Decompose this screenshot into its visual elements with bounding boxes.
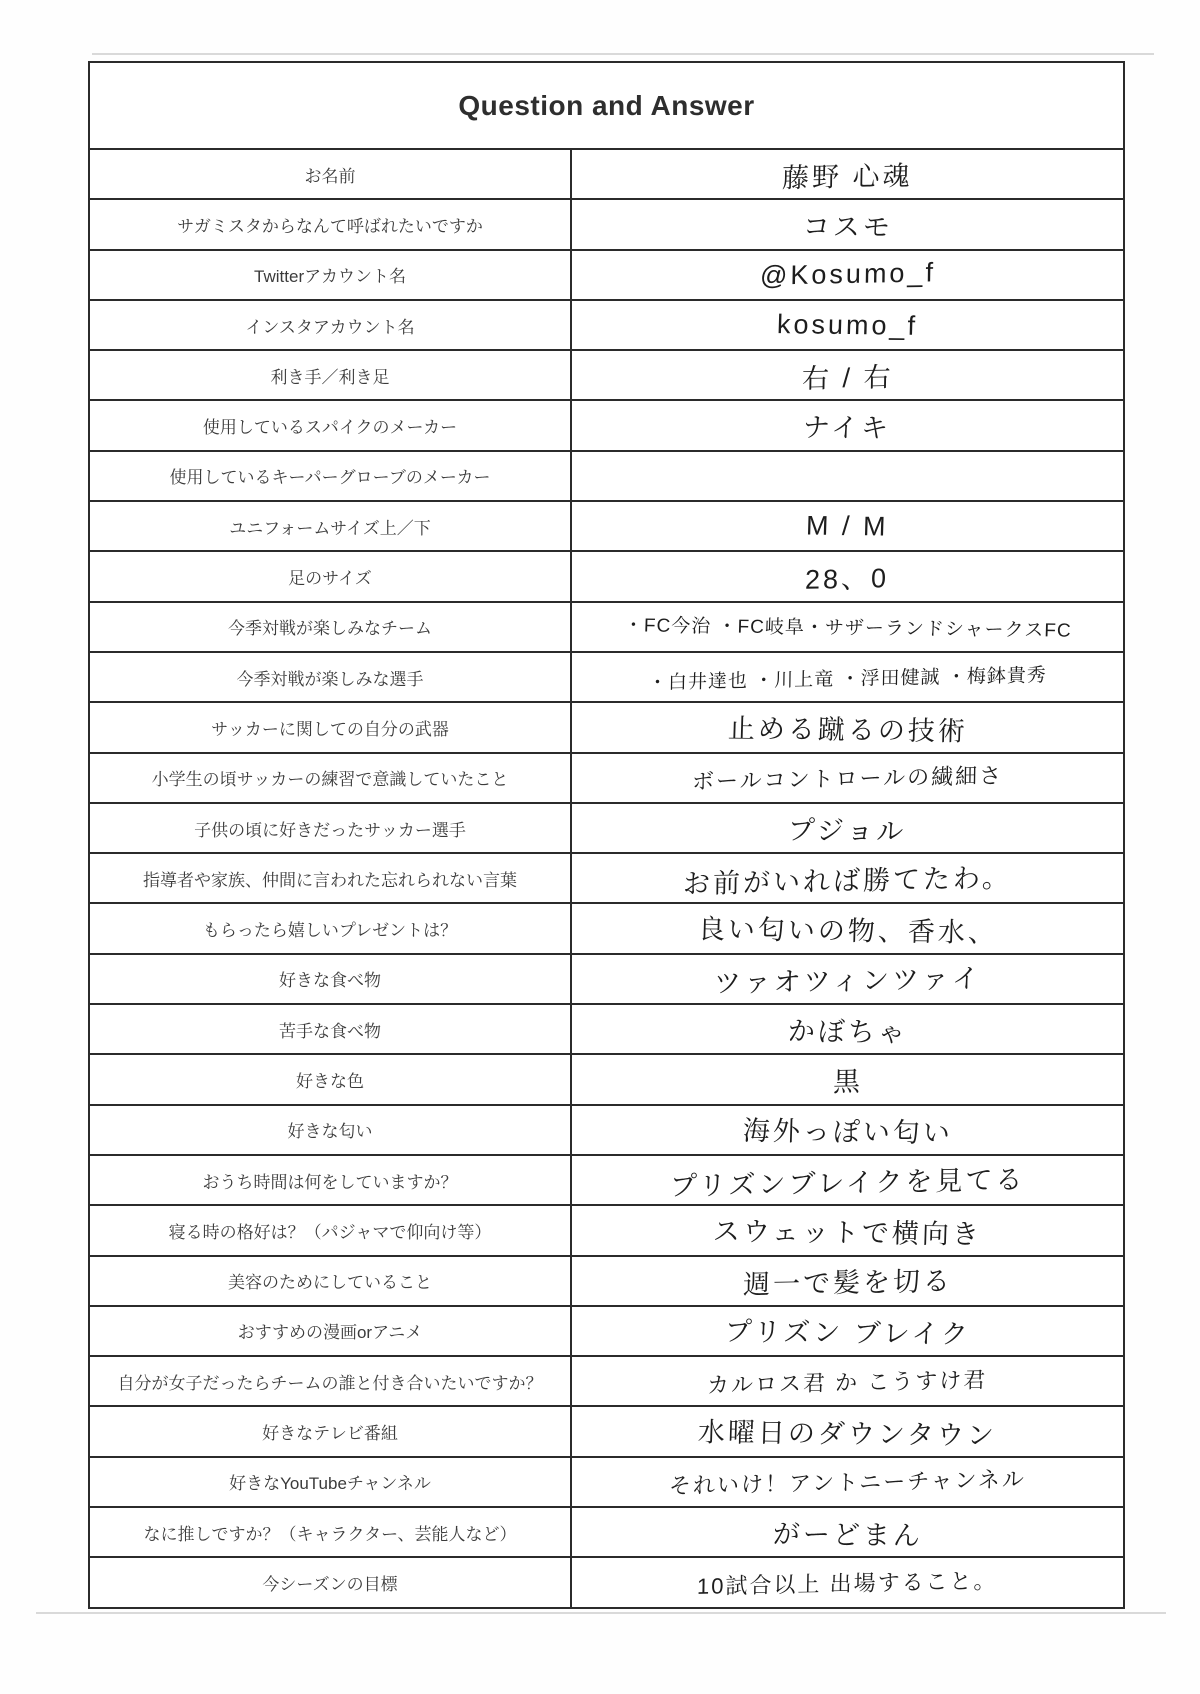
question-cell: 使用しているキーパーグローブのメーカー <box>90 452 572 500</box>
handwritten-answer: @Kosumo_f <box>759 258 935 292</box>
handwritten-answer: ツァオツィンツァイ <box>713 957 981 1001</box>
handwritten-answer: カルロス君 か こうすけ君 <box>707 1363 988 1399</box>
answer-cell: 右 / 右 <box>572 351 1123 399</box>
handwritten-answer: スウェットで横向き <box>712 1209 982 1251</box>
table-title-row: Question and Answer <box>90 63 1123 150</box>
qa-row: Twitterアカウント名 @Kosumo_f <box>90 249 1123 299</box>
qa-row: 子供の頃に好きだったサッカー選手 プジョル <box>90 802 1123 852</box>
handwritten-answer: それいけ！アントニーチャンネル <box>669 1463 1026 1501</box>
handwritten-answer: kosumo_f <box>777 309 919 342</box>
answer-cell: かぼちゃ <box>572 1005 1123 1053</box>
page-title: Question and Answer <box>458 90 754 122</box>
question-cell: 好きな色 <box>90 1055 572 1103</box>
answer-cell: M / M <box>572 502 1123 550</box>
answer-cell: 海外っぽい匂い <box>572 1106 1123 1154</box>
question-cell: 苦手な食べ物 <box>90 1005 572 1053</box>
question-cell: 寝る時の格好は？（パジャマで仰向け等） <box>90 1206 572 1254</box>
table-rows: お名前 藤野 心魂 サガミスタからなんて呼ばれたいですか コスモ Twitter… <box>90 150 1123 1607</box>
qa-row: 寝る時の格好は？（パジャマで仰向け等） スウェットで横向き <box>90 1204 1123 1254</box>
question-cell: 好きなテレビ番組 <box>90 1407 572 1455</box>
qa-row: 美容のためにしていること 週一で髪を切る <box>90 1255 1123 1305</box>
answer-cell: プジョル <box>572 804 1123 852</box>
answer-cell: がーどまん <box>572 1508 1123 1556</box>
handwritten-answer: M / M <box>806 510 889 542</box>
answer-cell: ツァオツィンツァイ <box>572 955 1123 1003</box>
question-cell: 今季対戦が楽しみなチーム <box>90 603 572 651</box>
answer-cell: プリズン ブレイク <box>572 1307 1123 1355</box>
question-cell: サガミスタからなんて呼ばれたいですか <box>90 200 572 248</box>
question-cell: おうち時間は何をしていますか？ <box>90 1156 572 1204</box>
qa-row: もらったら嬉しいプレゼントは？ 良い匂いの物、香水、 <box>90 902 1123 952</box>
answer-cell: ボールコントロールの繊細さ <box>572 754 1123 802</box>
answer-cell: 良い匂いの物、香水、 <box>572 904 1123 952</box>
qa-row: 好きな匂い 海外っぽい匂い <box>90 1104 1123 1154</box>
qa-row: 小学生の頃サッカーの練習で意識していたこと ボールコントロールの繊細さ <box>90 752 1123 802</box>
handwritten-answer: ・白井達也 ・川上竜 ・浮田健誠 ・梅鉢貴秀 <box>648 660 1047 695</box>
handwritten-answer: ボールコントロールの繊細さ <box>692 759 1004 796</box>
answer-cell: プリズンブレイクを見てる <box>572 1156 1123 1204</box>
question-cell: Twitterアカウント名 <box>90 251 572 299</box>
qa-row: 好きな色 黒 <box>90 1053 1123 1103</box>
question-cell: ユニフォームサイズ上／下 <box>90 502 572 550</box>
answer-cell: ・FC今治 ・FC岐阜・サザーランドシャークスFC <box>572 603 1123 651</box>
scan-artifact-line-bottom <box>36 1612 1166 1614</box>
handwritten-answer: 藤野 心魂 <box>782 153 913 195</box>
handwritten-answer: 止める蹴るの技術 <box>727 706 968 748</box>
qa-row: なに推しですか？（キャラクター、芸能人など） がーどまん <box>90 1506 1123 1556</box>
handwritten-answer: 良い匂いの物、香水、 <box>697 907 998 950</box>
qa-row: インスタアカウント名 kosumo_f <box>90 299 1123 349</box>
qa-row: お名前 藤野 心魂 <box>90 150 1123 198</box>
handwritten-answer: ナイキ <box>803 406 892 446</box>
qa-row: 自分が女子だったらチームの誰と付き合いたいですか？ カルロス君 か こうすけ君 <box>90 1355 1123 1405</box>
qa-row: 今シーズンの目標 10試合以上 出場すること。 <box>90 1556 1123 1606</box>
question-cell: お名前 <box>90 150 572 198</box>
question-cell: 利き手／利き足 <box>90 351 572 399</box>
question-cell: 子供の頃に好きだったサッカー選手 <box>90 804 572 852</box>
qa-row: サッカーに関しての自分の武器 止める蹴るの技術 <box>90 701 1123 751</box>
qa-row: 今季対戦が楽しみなチーム ・FC今治 ・FC岐阜・サザーランドシャークスFC <box>90 601 1123 651</box>
handwritten-answer: ・FC今治 ・FC岐阜・サザーランドシャークスFC <box>623 611 1071 643</box>
qa-row: ユニフォームサイズ上／下 M / M <box>90 500 1123 550</box>
answer-cell: コスモ <box>572 200 1123 248</box>
question-answer-table: Question and Answer お名前 藤野 心魂 サガミスタからなんて… <box>88 61 1125 1609</box>
qa-row: 好きな食べ物 ツァオツィンツァイ <box>90 953 1123 1003</box>
question-cell: 好きな食べ物 <box>90 955 572 1003</box>
handwritten-answer: 10試合以上 出場すること。 <box>697 1564 998 1601</box>
answer-cell: カルロス君 か こうすけ君 <box>572 1357 1123 1405</box>
handwritten-answer: 水曜日のダウンタウン <box>697 1410 997 1453</box>
answer-cell: 週一で髪を切る <box>572 1257 1123 1305</box>
handwritten-answer: がーどまん <box>772 1512 923 1553</box>
scan-artifact-line-top <box>92 53 1154 55</box>
handwritten-answer: プリズン ブレイク <box>724 1310 971 1352</box>
question-cell: 今シーズンの目標 <box>90 1558 572 1606</box>
qa-row: 使用しているスパイクのメーカー ナイキ <box>90 399 1123 449</box>
handwritten-answer: 28、0 <box>805 556 890 597</box>
answer-cell: kosumo_f <box>572 301 1123 349</box>
qa-row: 利き手／利き足 右 / 右 <box>90 349 1123 399</box>
qa-row: 足のサイズ 28、0 <box>90 550 1123 600</box>
answer-cell: ナイキ <box>572 401 1123 449</box>
question-cell: 好きなYouTubeチャンネル <box>90 1458 572 1506</box>
qa-row: サガミスタからなんて呼ばれたいですか コスモ <box>90 198 1123 248</box>
handwritten-answer: 海外っぽい匂い <box>742 1109 953 1151</box>
question-cell: 指導者や家族、仲間に言われた忘れられない言葉 <box>90 854 572 902</box>
answer-cell: 止める蹴るの技術 <box>572 703 1123 751</box>
handwritten-answer: お前がいれば勝てたわ。 <box>683 856 1012 901</box>
answer-cell: スウェットで横向き <box>572 1206 1123 1254</box>
handwritten-answer: 黒 <box>832 1060 863 1100</box>
scanned-document-page: Question and Answer お名前 藤野 心魂 サガミスタからなんて… <box>0 0 1200 1694</box>
handwritten-answer: 週一で髪を切る <box>742 1259 953 1302</box>
qa-row: おすすめの漫画orアニメ プリズン ブレイク <box>90 1305 1123 1355</box>
question-cell: 小学生の頃サッカーの練習で意識していたこと <box>90 754 572 802</box>
qa-row: 好きなテレビ番組 水曜日のダウンタウン <box>90 1405 1123 1455</box>
qa-row: 今季対戦が楽しみな選手 ・白井達也 ・川上竜 ・浮田健誠 ・梅鉢貴秀 <box>90 651 1123 701</box>
question-cell: おすすめの漫画orアニメ <box>90 1307 572 1355</box>
qa-row: 好きなYouTubeチャンネル それいけ！アントニーチャンネル <box>90 1456 1123 1506</box>
handwritten-answer: 右 / 右 <box>801 355 893 396</box>
question-cell: 使用しているスパイクのメーカー <box>90 401 572 449</box>
question-cell: 自分が女子だったらチームの誰と付き合いたいですか？ <box>90 1357 572 1405</box>
handwritten-answer: プリズンブレイクを見てる <box>670 1157 1026 1203</box>
question-cell: 足のサイズ <box>90 552 572 600</box>
question-cell: 好きな匂い <box>90 1106 572 1154</box>
answer-cell: @Kosumo_f <box>572 251 1123 299</box>
qa-row: 指導者や家族、仲間に言われた忘れられない言葉 お前がいれば勝てたわ。 <box>90 852 1123 902</box>
qa-row: おうち時間は何をしていますか？ プリズンブレイクを見てる <box>90 1154 1123 1204</box>
answer-cell: ・白井達也 ・川上竜 ・浮田健誠 ・梅鉢貴秀 <box>572 653 1123 701</box>
question-cell: 美容のためにしていること <box>90 1257 572 1305</box>
question-cell: サッカーに関しての自分の武器 <box>90 703 572 751</box>
answer-cell: 10試合以上 出場すること。 <box>572 1558 1123 1606</box>
handwritten-answer: プジョル <box>788 808 908 848</box>
question-cell: 今季対戦が楽しみな選手 <box>90 653 572 701</box>
answer-cell: お前がいれば勝てたわ。 <box>572 854 1123 902</box>
answer-cell: 黒 <box>572 1055 1123 1103</box>
handwritten-answer: かぼちゃ <box>787 1009 908 1049</box>
question-cell: もらったら嬉しいプレゼントは？ <box>90 904 572 952</box>
qa-row: 苦手な食べ物 かぼちゃ <box>90 1003 1123 1053</box>
question-cell: インスタアカウント名 <box>90 301 572 349</box>
answer-cell: それいけ！アントニーチャンネル <box>572 1458 1123 1506</box>
answer-cell <box>572 452 1123 500</box>
answer-cell: 水曜日のダウンタウン <box>572 1407 1123 1455</box>
answer-cell: 藤野 心魂 <box>572 150 1123 198</box>
question-cell: なに推しですか？（キャラクター、芸能人など） <box>90 1508 572 1556</box>
answer-cell: 28、0 <box>572 552 1123 600</box>
handwritten-answer: コスモ <box>802 204 893 244</box>
qa-row: 使用しているキーパーグローブのメーカー <box>90 450 1123 500</box>
